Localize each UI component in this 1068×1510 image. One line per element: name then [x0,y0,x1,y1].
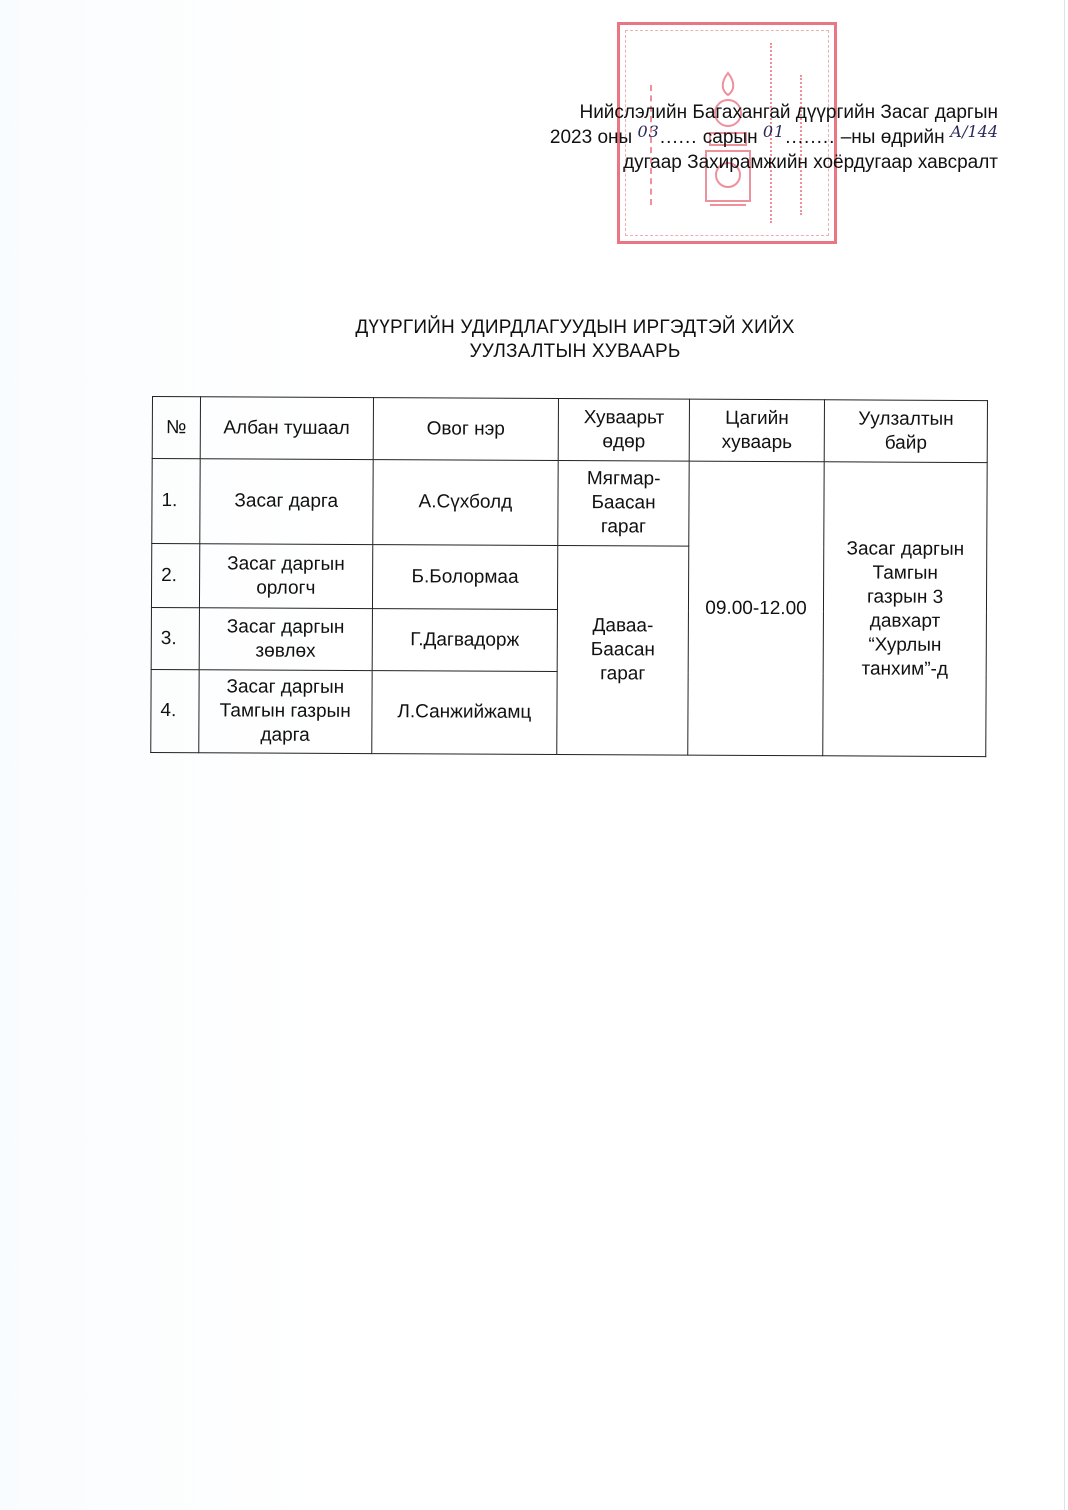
header-num: № [152,397,200,459]
cell-day: Мягмар- Баасан гараг [558,460,689,546]
handwritten-decree-number: А/144 [950,122,998,141]
header-line-3: дугаар Захирамжийн хоёрдугаар хавсралт [550,150,998,175]
header-line-2: 2023 оны 03...... сарын 01........ –ны ө… [550,125,998,150]
handwritten-month: 03 [637,122,659,141]
handwritten-day: 01 [763,122,785,141]
header-name: Овог нэр [373,398,559,461]
cell-num: 1. [152,459,200,544]
cell-num: 4. [151,669,199,752]
cell-num: 3. [151,607,199,669]
cell-position: Засаг даргын Тамгын газрын дарга [199,670,372,754]
cell-position: Засаг даргын орлогч [199,544,372,609]
cell-name: А.Сүхболд [372,460,558,546]
table-row: 1. Засаг дарга А.Сүхболд Мягмар- Баасан … [152,459,987,548]
title-line-2: УУЛЗАЛТЫН ХУВААРЬ [0,340,1068,364]
meeting-schedule-table: № Албан тушаал Овог нэр Хуваарьт өдөр Ца… [150,396,988,757]
cell-position: Засаг дарга [200,459,373,545]
cell-name: Г.Дагвадорж [372,609,558,672]
cell-day: Даваа- Баасан гараг [557,545,689,755]
cell-place: Засаг даргын Тамгын газрын 3 давхарт “Ху… [823,462,987,757]
header-place: Уулзалтын байр [824,400,987,463]
cell-name: Б.Болормаа [372,545,558,610]
header-time: Цагийн хуваарь [689,399,825,462]
cell-name: Л.Санжийжамц [371,671,557,755]
day-field: 01........ [763,127,836,148]
page-edge [1064,0,1065,1510]
month-field: 03...... [637,127,697,148]
header-day: Хуваарьт өдөр [558,398,689,461]
table-header-row: № Албан тушаал Овог нэр Хуваарьт өдөр Ца… [152,397,987,463]
cell-num: 2. [151,544,199,608]
header-position: Албан тушаал [200,397,373,460]
cell-time: 09.00-12.00 [688,461,825,756]
title-line-1: ДҮҮРГИЙН УДИРДЛАГУУДЫН ИРГЭДТЭЙ ХИЙХ [0,316,1068,340]
decree-annex-header: Нийслэлийн Багахангай дүүргийн Засаг дар… [550,100,998,175]
cell-position: Засаг даргын зөвлөх [199,608,372,671]
document-title: ДҮҮРГИЙН УДИРДЛАГУУДЫН ИРГЭДТЭЙ ХИЙХ УУЛ… [0,316,1068,364]
